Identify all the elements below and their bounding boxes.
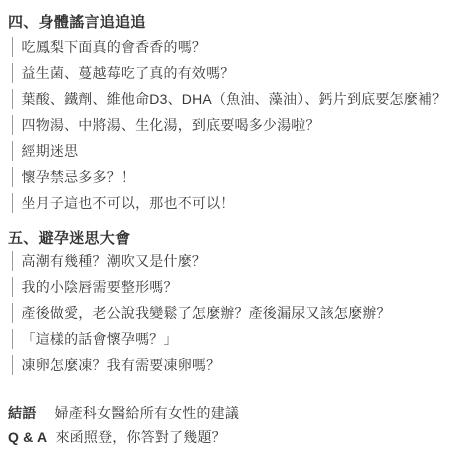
toc-item-label: 產後做愛，老公說我變鬆了怎麼辦？產後漏尿又該怎麼辦？	[12, 303, 391, 323]
toc-item: 產後做愛，老公說我變鬆了怎麼辦？產後漏尿又該怎麼辦？	[12, 303, 453, 323]
toc-item: 經期迷思	[12, 141, 453, 161]
section-heading-4: 四、身體謠言追追追	[8, 11, 453, 35]
toc-item: 葉酸、鐵劑、維他命D3、DHA（魚油、藻油）、鈣片到底要怎麼補？	[12, 89, 453, 109]
toc-item-label: 凍卵怎麼凍？我有需要凍卵嗎？	[12, 355, 221, 375]
toc-item: 我的小陰唇需要整形嗎？	[12, 277, 453, 297]
toc-item-label: 四物湯、中將湯、生化湯，到底要喝多少湯啦？	[12, 115, 320, 135]
toc-item: 四物湯、中將湯、生化湯，到底要喝多少湯啦？	[12, 115, 453, 135]
conclusion-text: 婦產科女醫給所有女性的建議	[55, 405, 240, 421]
section-heading-5: 五、避孕迷思大會	[8, 227, 453, 251]
toc-item-label: 「這樣的話會懷孕嗎？」	[12, 329, 178, 349]
qa-row: Q & A 來函照登，你答對了幾題？	[8, 427, 453, 447]
toc-item: 高潮有幾種？潮吹又是什麼？	[12, 251, 453, 271]
toc-item: 益生菌、蔓越莓吃了真的有效嗎？	[12, 63, 453, 83]
toc-item-label: 坐月子這也不可以，那也不可以！	[12, 193, 235, 213]
toc-item-label: 葉酸、鐵劑、維他命D3、DHA（魚油、藻油）、鈣片到底要怎麼補？	[12, 89, 447, 109]
toc-item-label: 吃鳳梨下面真的會香香的嗎？	[12, 37, 207, 57]
toc-item-label: 經期迷思	[12, 141, 79, 161]
conclusion-row: 結語 婦產科女醫給所有女性的建議	[8, 403, 453, 423]
toc-item: 坐月子這也不可以，那也不可以！	[12, 193, 453, 213]
toc-item-label: 懷孕禁忌多多？！	[12, 167, 136, 187]
qa-label: Q & A	[8, 429, 47, 445]
qa-text: 來函照登，你答對了幾題？	[55, 429, 225, 445]
toc-item: 凍卵怎麼凍？我有需要凍卵嗎？	[12, 355, 453, 375]
toc-item-label: 我的小陰唇需要整形嗎？	[12, 277, 178, 297]
toc-item: 「這樣的話會懷孕嗎？」	[12, 329, 453, 349]
toc-page: 四、身體謠言追追追 吃鳳梨下面真的會香香的嗎？ 益生菌、蔓越莓吃了真的有效嗎？ …	[0, 0, 453, 467]
toc-item: 吃鳳梨下面真的會香香的嗎？	[12, 37, 453, 57]
toc-item-label: 高潮有幾種？潮吹又是什麼？	[12, 251, 207, 271]
conclusion-label: 結語	[8, 405, 36, 421]
toc-item-label: 益生菌、蔓越莓吃了真的有效嗎？	[12, 63, 235, 83]
toc-item: 懷孕禁忌多多？！	[12, 167, 453, 187]
